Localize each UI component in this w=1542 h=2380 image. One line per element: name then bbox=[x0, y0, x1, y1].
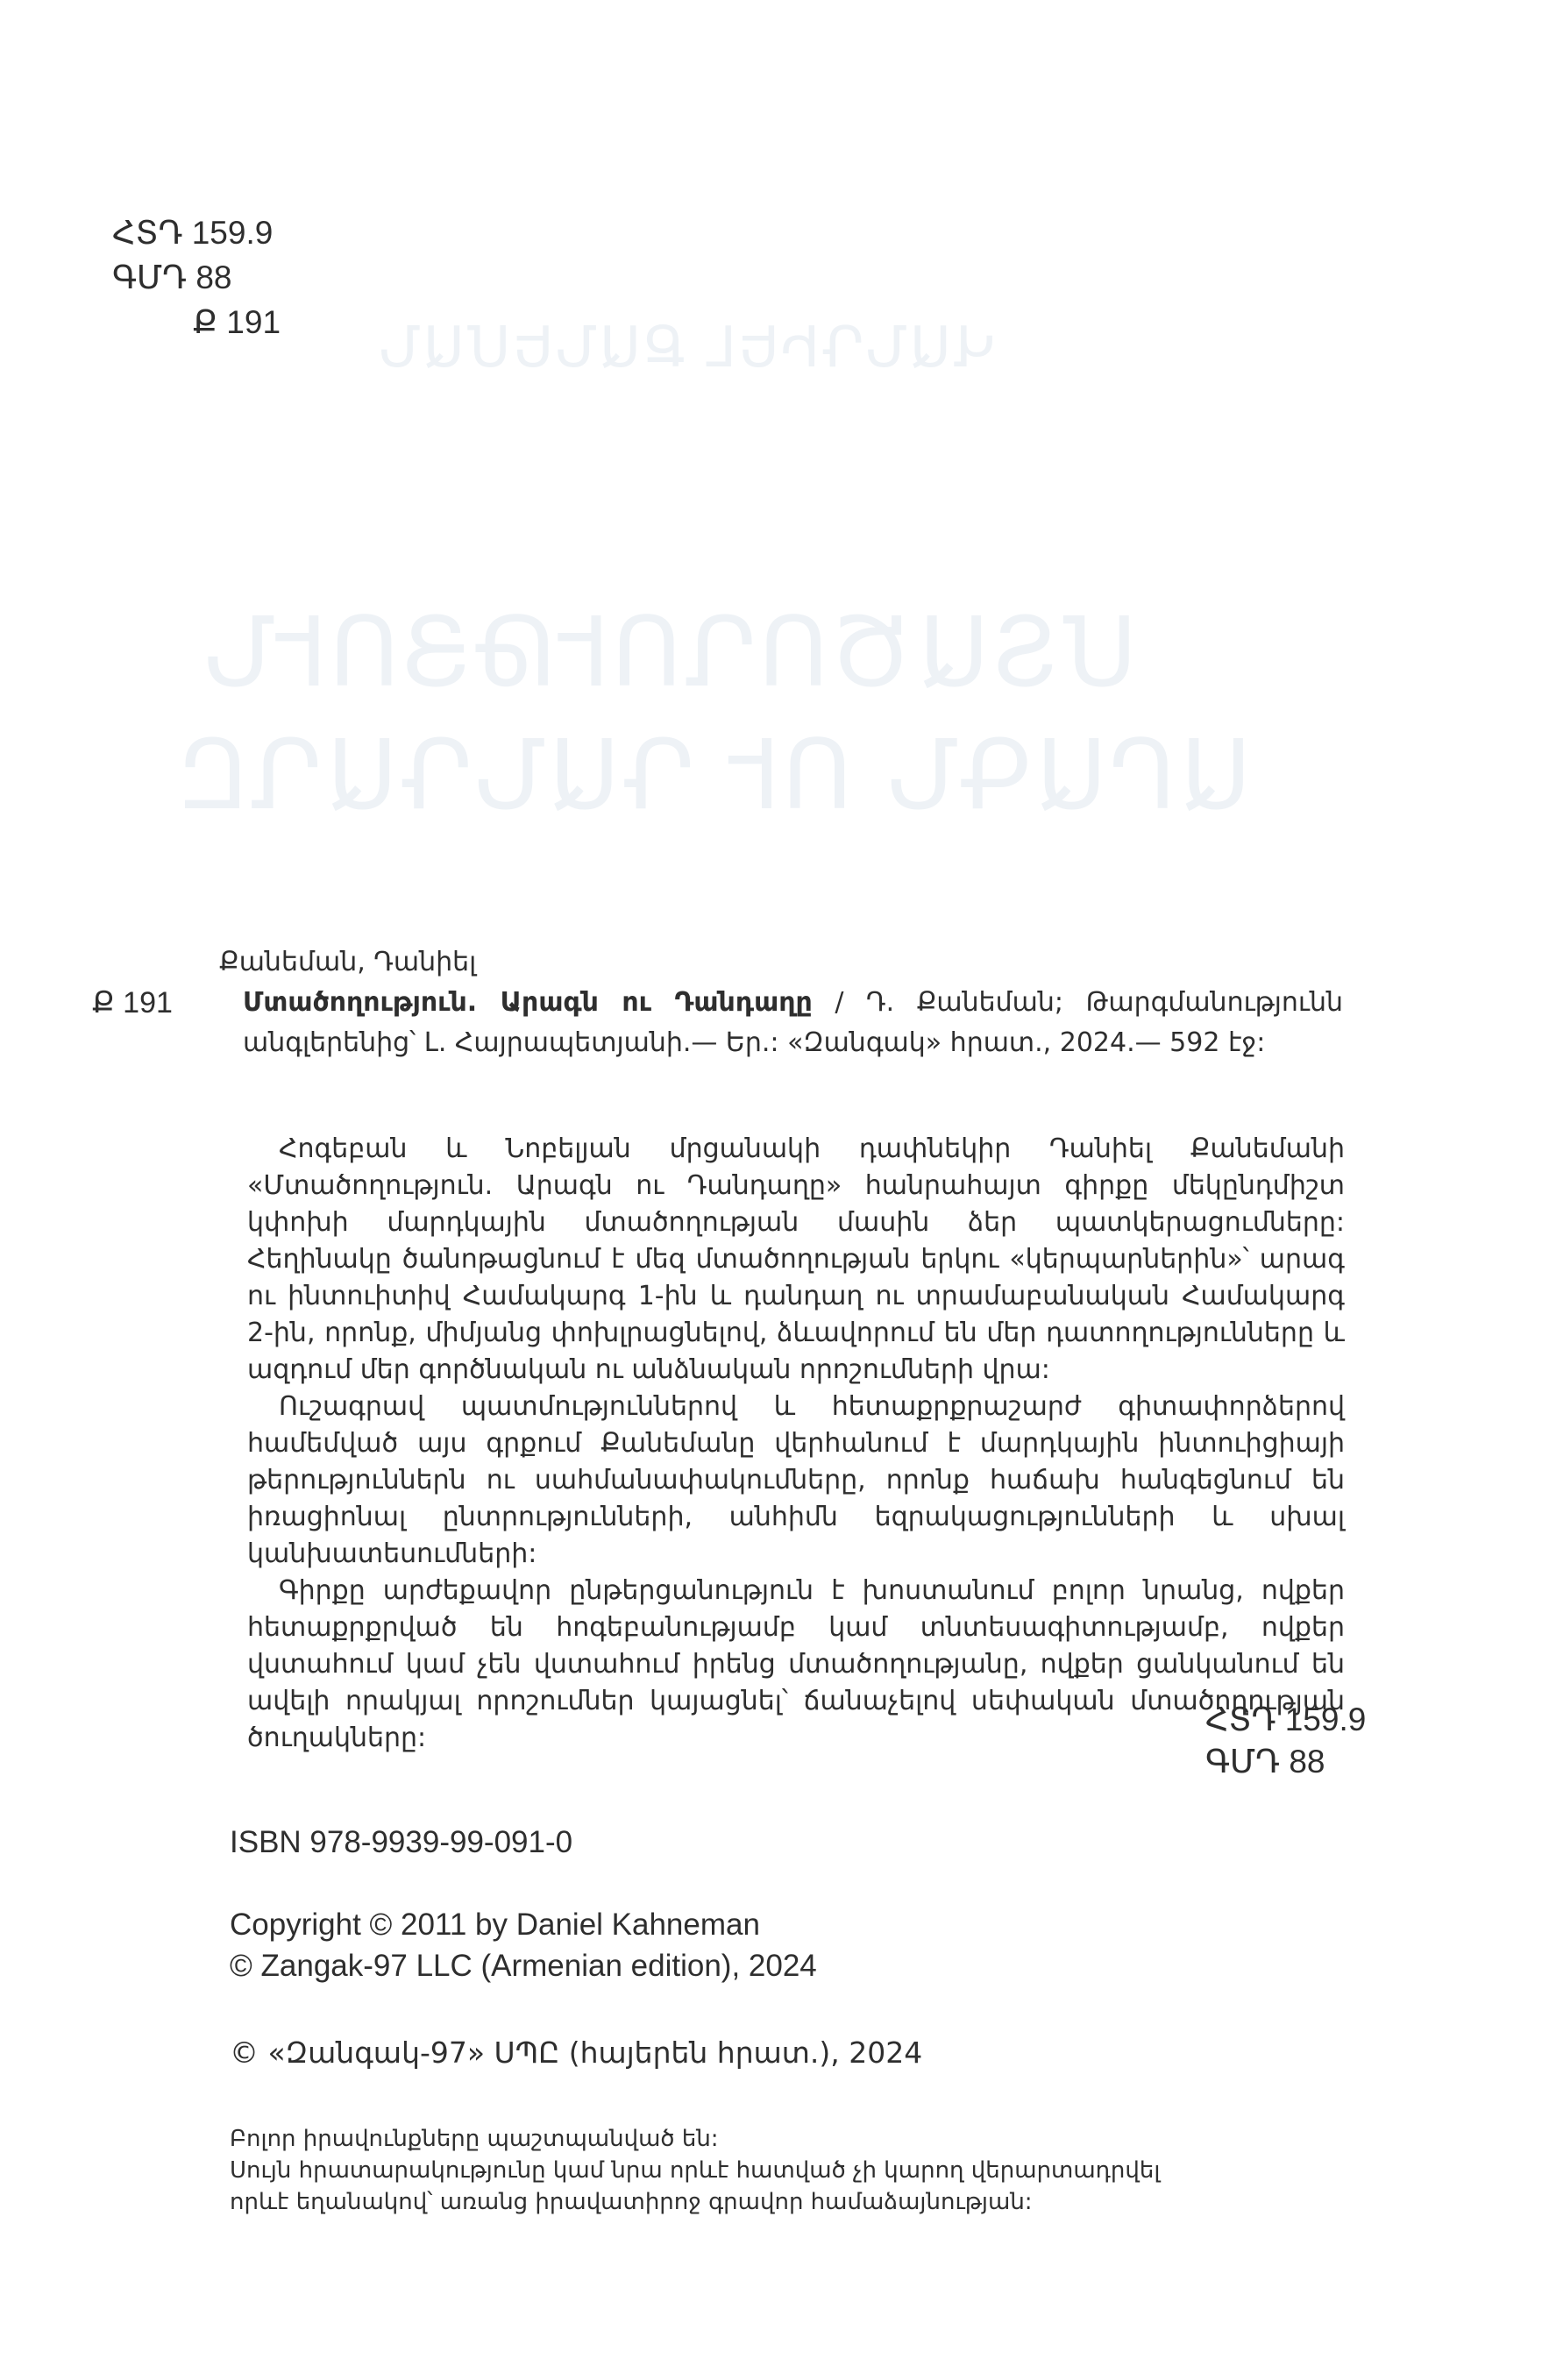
catalog-entry: Ք 191 Մտածողություն. Արագն ու Դանդաղը / … bbox=[92, 983, 1343, 1063]
copyright-translation: © Zangak-97 LLC (Armenian edition), 2024 bbox=[230, 1945, 817, 1986]
bbk-code: ԳՄԴ 88 bbox=[112, 255, 281, 300]
annotation-paragraph: Գիրքը արժեքավոր ընթերցանություն է խոստան… bbox=[247, 1573, 1345, 1757]
rights-line: Սույն հրատարակությունը կամ նրա որևէ հատվ… bbox=[230, 2155, 1160, 2186]
classification-codes-bottom: ՀՏԴ 159.9 ԳՄԴ 88 bbox=[1205, 1699, 1366, 1783]
show-through-text: ՎԱՆԴԻԵԼ ՔԱՆԵՄԱՆ bbox=[377, 316, 995, 380]
catalog-record: Քանեման, Դանիել Ք 191 Մտածողություն. Արա… bbox=[92, 942, 1363, 1063]
udc-code: ՀՏԴ 159.9 bbox=[112, 210, 281, 255]
rights-line: Բոլոր իրավունքները պաշտպանված են: bbox=[230, 2123, 1160, 2155]
isbn: ISBN 978-9939-99-091-0 bbox=[230, 1825, 572, 1860]
imprint-page: ՎԱՆԴԻԵԼ ՔԱՆԵՄԱՆ ՄՏԱԾՈՂՈՒԹՅՈՒՆ ԱՐԱԳՆ ՈՒ Դ… bbox=[0, 0, 1542, 2380]
catalog-author: Քանեման, Դանիել bbox=[92, 942, 1363, 983]
rights-notice: Բոլոր իրավունքները պաշտպանված են: Սույն … bbox=[230, 2123, 1160, 2218]
book-title: Մտածողություն. Արագն ու Դանդաղը bbox=[243, 987, 813, 1018]
classification-codes-top: ՀՏԴ 159.9 ԳՄԴ 88 Ք 191 bbox=[112, 210, 281, 345]
rights-line: որևէ եղանակով՝ առանց իրավատիրոջ գրավոր հ… bbox=[230, 2186, 1160, 2218]
show-through-text: ՄՏԱԾՈՂՈՒԹՅՈՒՆ bbox=[202, 596, 1137, 708]
show-through-text: ԱՐԱԳՆ ՈՒ ԴԱՆԴԱՂԸ bbox=[175, 719, 1251, 831]
copyright-block: Copyright © 2011 by Daniel Kahneman © Za… bbox=[230, 1904, 817, 1986]
copyright-original: Copyright © 2011 by Daniel Kahneman bbox=[230, 1904, 817, 1945]
copyright-armenian: © «Զանգակ-97» ՍՊԸ (հայերեն հրատ.), 2024 bbox=[230, 2035, 922, 2070]
catalog-call-number: Ք 191 bbox=[92, 983, 173, 1023]
annotation-paragraph: Ուշագրավ պատմություններով և հետաքրքրաշար… bbox=[247, 1389, 1345, 1573]
annotation: Հոգեբան և Նոբելյան մրցանակի դափնեկիր Դան… bbox=[247, 1131, 1345, 1757]
author-mark: Ք 191 bbox=[112, 300, 281, 345]
udc-code: ՀՏԴ 159.9 bbox=[1205, 1699, 1366, 1741]
annotation-paragraph: Հոգեբան և Նոբելյան մրցանակի դափնեկիր Դան… bbox=[247, 1131, 1345, 1389]
bbk-code: ԳՄԴ 88 bbox=[1205, 1741, 1366, 1783]
